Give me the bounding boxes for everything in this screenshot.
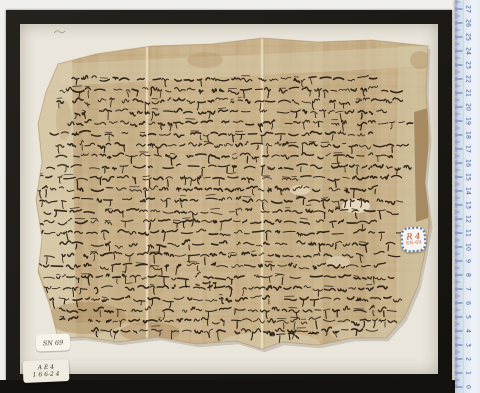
svg-text:8: 8 [465,273,472,277]
ruler-scale: 0123456789101112131415161718192021222324… [455,0,480,393]
svg-text:2: 2 [465,357,472,361]
svg-text:16: 16 [465,159,472,167]
svg-text:25: 25 [465,33,472,41]
inventory-sticker-subnumber: SN-69 [406,240,422,246]
svg-text:15: 15 [465,173,472,181]
svg-text:1: 1 [465,371,472,375]
svg-text:12: 12 [465,215,472,223]
frame-label-line2: 1 6 6-2 4 [33,370,60,378]
svg-text:19: 19 [465,117,472,125]
papyrus-document [0,0,480,393]
svg-text:26: 26 [465,19,472,27]
svg-text:13: 13 [465,201,472,209]
svg-text:6: 6 [465,301,472,305]
svg-text:22: 22 [465,75,472,83]
papyrus-photo: R 4 SN-69 SN 69 A E 4 1 6 6-2 4 01234567… [0,0,480,393]
svg-text:11: 11 [465,229,472,237]
ruler: 0123456789101112131415161718192021222324… [455,0,480,393]
svg-text:5: 5 [465,315,472,319]
svg-text:9: 9 [465,259,472,263]
mount-label: SN 69 [36,333,71,351]
svg-text:21: 21 [465,89,472,97]
inventory-sticker: R 4 SN-69 [400,226,427,253]
svg-text:3: 3 [465,343,472,347]
svg-text:23: 23 [465,61,472,69]
frame-label: A E 4 1 6 6-2 4 [23,359,70,383]
svg-text:17: 17 [465,145,472,153]
svg-text:14: 14 [465,187,472,195]
svg-text:0: 0 [465,385,472,389]
svg-text:18: 18 [465,131,472,139]
svg-text:20: 20 [465,103,472,111]
svg-text:4: 4 [465,329,472,333]
svg-text:24: 24 [465,47,472,55]
svg-text:10: 10 [465,243,472,251]
svg-text:7: 7 [465,287,472,291]
svg-text:27: 27 [465,5,472,13]
